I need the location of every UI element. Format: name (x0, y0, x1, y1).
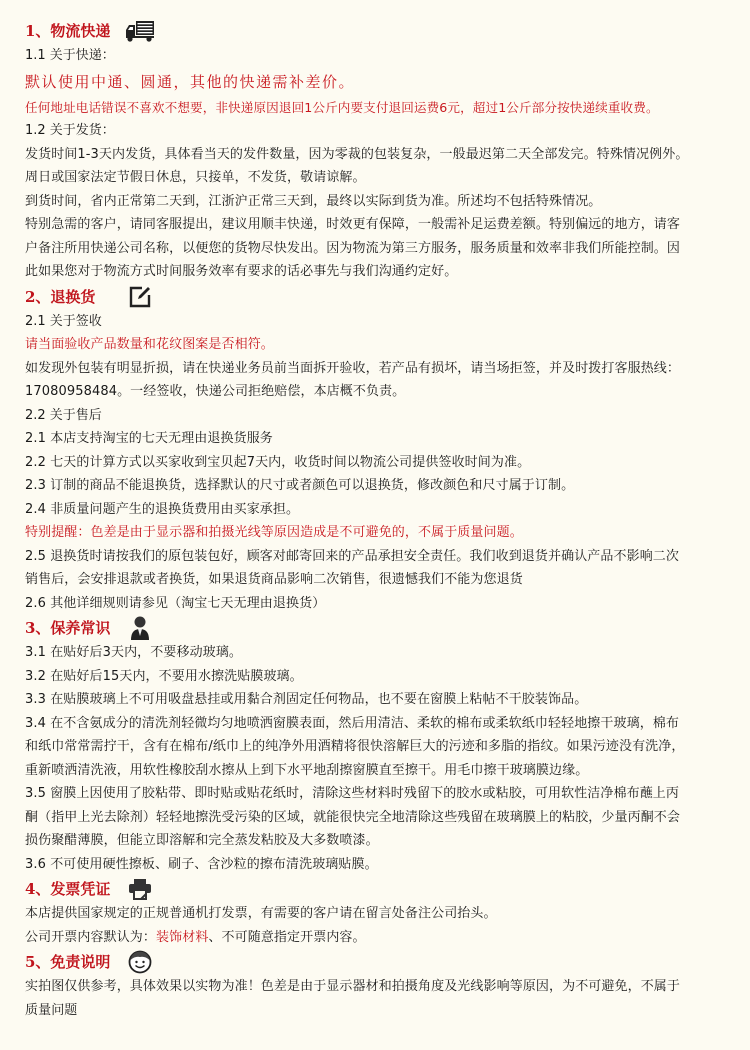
red-notice: 任何地址电话错误不喜欢不想要，非快递原因退回1公斤内要支付退回运费6元，超过1公… (25, 96, 725, 120)
paragraph-line: 2.6 其他详细规则请参见（淘宝七天无理由退换货） (25, 592, 725, 616)
paragraph-line: 此如果您对于物流方式时间服务效率有要求的话必事先与我们沟通约定好。 (25, 260, 725, 284)
paragraph-line: 销售后，会安排退款或者换货，如果退货商品影响二次销售，很遗憾我们不能为您退货 (25, 568, 725, 592)
edit-icon (125, 284, 155, 310)
paragraph-line: 重新喷洒清洗液，用软性橡胶刮水擦从上到下水平地刮擦窗膜直至擦干。用毛巾擦干玻璃膜… (25, 759, 725, 783)
paragraph-line: 质量问题 (25, 999, 725, 1023)
heading-text: 2、退换货 (25, 284, 95, 310)
section-logistics-heading: 1、物流快递 (25, 18, 725, 44)
paragraph-line: 本店提供国家规定的正规普通机打发票，有需要的客户请在留言处备注公司抬头。 (25, 902, 725, 926)
paragraph-line: 到货时间，省内正常第二天到，江浙沪正常三天到，最终以实际到货为准。所述均不包括特… (25, 190, 725, 214)
paragraph-line: 17080958484。一经签收，快递公司拒绝赔偿，本店概不负责。 (25, 380, 725, 404)
paragraph-line: 实拍图仅供参考，具体效果以实物为准！色差是由于显示器材和拍摄角度及光线影响等原因… (25, 975, 725, 999)
paragraph-line: 和纸巾常常需拧干，含有在棉布/纸巾上的纯净外用酒精将很快溶解巨大的污迹和多脂的指… (25, 735, 725, 759)
paragraph-line: 如发现外包装有明显折损，请在快递业务员前当面拆开验收，若产品有损坏，请当场拒签，… (25, 357, 725, 381)
paragraph-line: 3.2 在贴好后15天内，不要用水擦洗贴膜玻璃。 (25, 665, 725, 689)
heading-text: 5、免责说明 (25, 949, 110, 975)
invoice-default-content: 装饰材料 (156, 930, 208, 945)
section-maintenance-heading: 3、保养常识 (25, 615, 725, 641)
paragraph-line: 2.5 退换货时请按我们的原包装包好，顾客对邮寄回来的产品承担安全责任。我们收到… (25, 545, 725, 569)
paragraph-line: 3.1 在贴好后3天内，不要移动玻璃。 (25, 641, 725, 665)
invoice-default-line: 公司开票内容默认为：装饰材料、不可随意指定开票内容。 (25, 926, 725, 950)
heading-text: 4、发票凭证 (25, 876, 110, 902)
paragraph-line: 3.6 不可使用硬性擦板、刷子、含沙粒的擦布清洗玻璃贴膜。 (25, 853, 725, 877)
paragraph-line: 2.1 本店支持淘宝的七天无理由退换货服务 (25, 427, 725, 451)
paragraph-line: 特别急需的客户，请同客服提出，建议用顺丰快递，时效更有保障，一般需补足运费差额。… (25, 213, 725, 237)
paragraph-line: 3.4 在不含氨成分的清洗剂轻微均匀地喷洒窗膜表面，然后用清洁、柔软的棉布或柔软… (25, 712, 725, 736)
truck-icon (125, 18, 155, 44)
paragraph-line: 损伤聚醋薄膜，但能立即溶解和完全蒸发粘胶及大多数喷漆。 (25, 829, 725, 853)
heading-text: 3、保养常识 (25, 615, 110, 641)
invoice-suffix: 、不可随意指定开票内容。 (208, 930, 365, 945)
paragraph-line: 酮（指甲上光去除剂）轻轻地擦洗受污染的区域，就能很快完全地清除这些残留在玻璃膜上… (25, 806, 725, 830)
subheading: 1.2 关于发货： (25, 119, 725, 143)
policy-document: 1、物流快递 1.1 关于快递： 默认使用中通、圆通，其他的快递需补差价。 任何… (0, 0, 725, 1022)
printer-icon (125, 876, 155, 902)
red-notice: 特别提醒：色差是由于显示器和拍摄光线等原因造成是不可避免的，不属于质量问题。 (25, 521, 725, 545)
paragraph-line: 2.2 七天的计算方式以买家收到宝贝起7天内，收货时间以物流公司提供签收时间为准… (25, 451, 725, 475)
red-notice: 默认使用中通、圆通，其他的快递需补差价。 (25, 68, 725, 96)
subheading: 2.2 关于售后 (25, 404, 725, 428)
paragraph-line: 发货时间1-3天内发货，具体看当天的发件数量，因为零裁的包装复杂，一般最迟第二天… (25, 143, 725, 167)
section-invoice-heading: 4、发票凭证 (25, 876, 725, 902)
subheading: 2.1 关于签收 (25, 310, 725, 334)
paragraph-line: 3.5 窗膜上因使用了胶粘带、即时贴或贴花纸时，清除这些材料时残留下的胶水或粘胶… (25, 782, 725, 806)
paragraph-line: 2.3 订制的商品不能退换货，选择默认的尺寸或者颜色可以退换货，修改颜色和尺寸属… (25, 474, 725, 498)
invoice-prefix: 公司开票内容默认为： (25, 930, 156, 945)
heading-text: 1、物流快递 (25, 18, 110, 44)
paragraph-line: 户备注所用快递公司名称，以便您的货物尽快发出。因为物流为第三方服务，服务质量和效… (25, 237, 725, 261)
smiley-icon (125, 949, 155, 975)
paragraph-line: 2.4 非质量问题产生的退换货费用由买家承担。 (25, 498, 725, 522)
red-notice: 请当面验收产品数量和花纹图案是否相符。 (25, 333, 725, 357)
person-icon (125, 615, 155, 641)
section-returns-heading: 2、退换货 (25, 284, 725, 310)
paragraph-line: 周日或国家法定节假日休息，只接单，不发货，敬请谅解。 (25, 166, 725, 190)
paragraph-line: 3.3 在贴膜玻璃上不可用吸盘悬挂或用黏合剂固定任何物品，也不要在窗膜上粘帖不干… (25, 688, 725, 712)
section-disclaimer-heading: 5、免责说明 (25, 949, 725, 975)
subheading: 1.1 关于快递： (25, 44, 725, 68)
